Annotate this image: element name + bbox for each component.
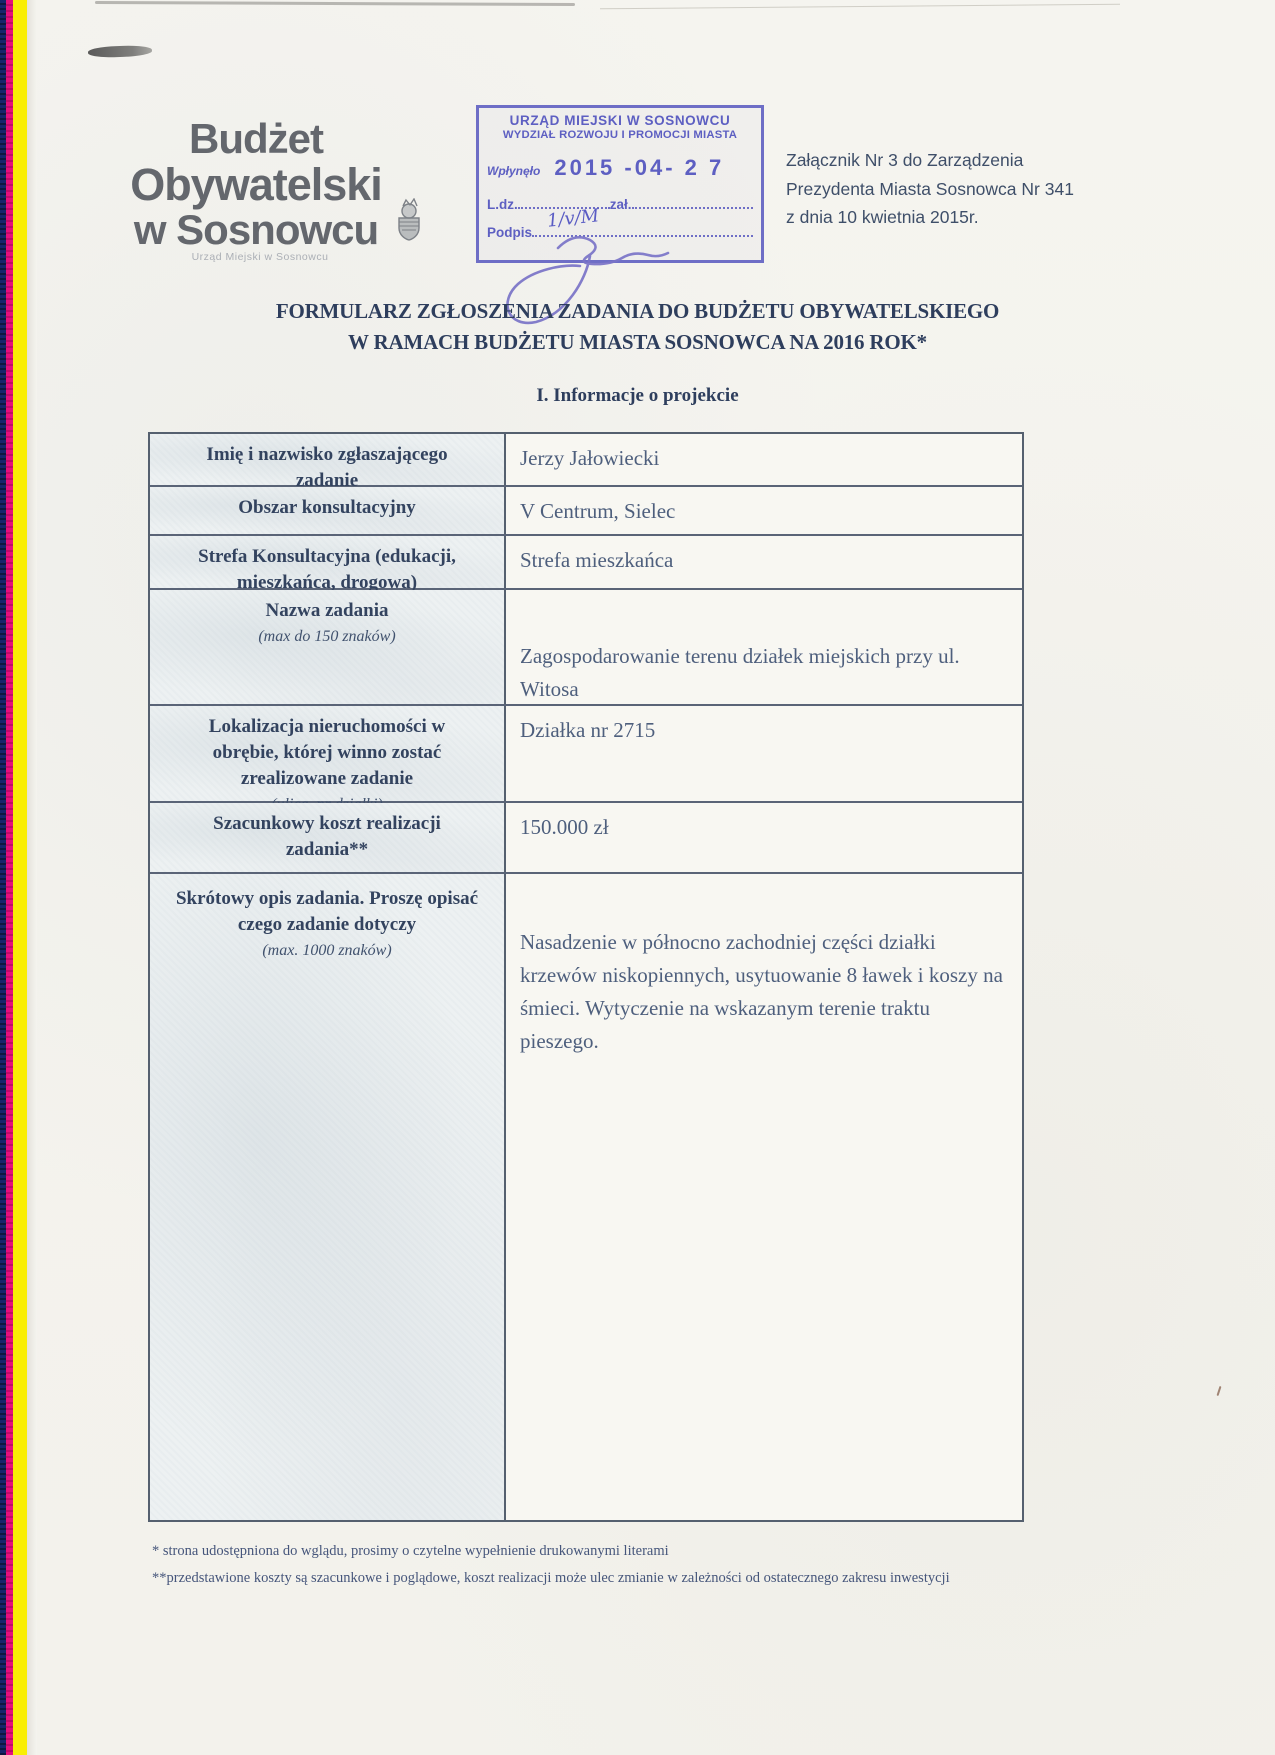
field-value-zone: Strefa mieszkańca bbox=[506, 536, 1022, 588]
field-value-name: Jerzy Jałowiecki bbox=[506, 434, 1022, 485]
scan-fold-line bbox=[600, 4, 1120, 10]
footnote-1: * strona udostępniona do wglądu, prosimy… bbox=[152, 1538, 1068, 1565]
logo-subtext: Urząd Miejski w Sosnowcu bbox=[150, 251, 370, 263]
footnote-2: **przedstawione koszty są szacunkowe i p… bbox=[152, 1565, 1068, 1592]
logo-line-2: Obywatelski bbox=[106, 162, 406, 207]
field-label-name: Imię i nazwisko zgłaszającego zadanie bbox=[150, 434, 506, 485]
form-title-line-2: W RAMACH BUDŻETU MIASTA SOSNOWCA NA 2016… bbox=[0, 327, 1275, 358]
label-text: Nazwa zadania bbox=[266, 600, 389, 621]
table-row: Imię i nazwisko zgłaszającego zadanie Je… bbox=[150, 434, 1022, 487]
logo-line-3: w Sosnowcu bbox=[106, 209, 406, 251]
label-text: Skrótowy opis zadania. Proszę opisać cze… bbox=[176, 888, 478, 935]
table-row: Skrótowy opis zadania. Proszę opisać cze… bbox=[150, 874, 1022, 1520]
table-row: Szacunkowy koszt realizacji zadania** 15… bbox=[150, 803, 1022, 874]
field-value-description: Nasadzenie w północno zachodniej części … bbox=[506, 874, 1022, 1520]
stamp-received-label: Wpłynęło bbox=[487, 164, 540, 178]
field-label-description: Skrótowy opis zadania. Proszę opisać cze… bbox=[150, 874, 506, 1520]
field-value-location: Działka nr 2715 bbox=[506, 706, 1022, 801]
label-text: Lokalizacja nieruchomości w obrębie, któ… bbox=[209, 716, 445, 789]
logo-line-1: Budżet bbox=[106, 118, 406, 160]
scan-stripe-magenta bbox=[6, 0, 13, 1755]
label-text: Imię i nazwisko zgłaszającego zadanie bbox=[206, 444, 447, 491]
scan-edge-line bbox=[95, 1, 575, 6]
field-label-area: Obszar konsultacyjny bbox=[150, 487, 506, 534]
section-heading: I. Informacje o projekcie bbox=[0, 385, 1275, 407]
attachment-reference: Załącznik Nr 3 do Zarządzenia Prezydenta… bbox=[786, 146, 1074, 232]
field-value-task-name: Zagospodarowanie terenu działek miejskic… bbox=[506, 590, 1022, 704]
scanned-form-page: Budżet Obywatelski w Sosnowcu Urząd Miej… bbox=[0, 0, 1275, 1755]
form-title-line-1: FORMULARZ ZGŁOSZENIA ZADANIA DO BUDŻETU … bbox=[0, 296, 1275, 327]
budget-logo: Budżet Obywatelski w Sosnowcu bbox=[106, 118, 406, 251]
table-row: Strefa Konsultacyjna (edukacji, mieszkań… bbox=[150, 536, 1022, 590]
table-row: Obszar konsultacyjny V Centrum, Sielec bbox=[150, 487, 1022, 536]
stamp-dotted-line bbox=[632, 195, 753, 209]
scan-speck bbox=[1217, 1386, 1222, 1396]
stamp-zal-label: zał. bbox=[610, 197, 632, 212]
label-text: Obszar konsultacyjny bbox=[238, 497, 416, 518]
scan-smudge bbox=[88, 45, 152, 58]
form-title: FORMULARZ ZGŁOSZENIA ZADANIA DO BUDŻETU … bbox=[0, 296, 1275, 358]
paper-edge-shadow bbox=[27, 0, 37, 1755]
field-value-cost: 150.000 zł bbox=[506, 803, 1022, 872]
field-label-task-name: Nazwa zadania (max do 150 znaków) bbox=[150, 590, 506, 704]
stamp-department-name: WYDZIAŁ ROZWOJU I PROMOCJI MIASTA bbox=[487, 129, 753, 141]
attachment-line-3: z dnia 10 kwietnia 2015r. bbox=[786, 203, 1074, 232]
label-subtext: (max do 150 znaków) bbox=[174, 624, 480, 650]
table-row: Lokalizacja nieruchomości w obrębie, któ… bbox=[150, 706, 1022, 803]
table-row: Nazwa zadania (max do 150 znaków) Zagosp… bbox=[150, 590, 1022, 706]
project-info-table: Imię i nazwisko zgłaszającego zadanie Je… bbox=[148, 432, 1024, 1522]
stamp-office-name: URZĄD MIEJSKI W SOSNOWCU bbox=[487, 113, 753, 128]
footnotes: * strona udostępniona do wglądu, prosimy… bbox=[152, 1538, 1068, 1592]
stamp-ldz-label: L.dz. bbox=[487, 197, 518, 212]
stamp-signature-label: Podpis bbox=[487, 225, 532, 240]
stamp-received-date: 2015 -04- 2 7 bbox=[554, 155, 724, 181]
label-subtext: (max. 1000 znaków) bbox=[174, 938, 480, 964]
attachment-line-2: Prezydenta Miasta Sosnowca Nr 341 bbox=[786, 175, 1074, 204]
field-label-location: Lokalizacja nieruchomości w obrębie, któ… bbox=[150, 706, 506, 801]
field-label-zone: Strefa Konsultacyjna (edukacji, mieszkań… bbox=[150, 536, 506, 588]
field-label-cost: Szacunkowy koszt realizacji zadania** bbox=[150, 803, 506, 872]
label-text: Szacunkowy koszt realizacji zadania** bbox=[213, 813, 441, 860]
scan-stripe-yellow bbox=[13, 0, 27, 1755]
city-crest-icon bbox=[393, 198, 425, 247]
registry-stamp: URZĄD MIEJSKI W SOSNOWCU WYDZIAŁ ROZWOJU… bbox=[476, 105, 764, 263]
label-text: Strefa Konsultacyjna (edukacji, mieszkań… bbox=[198, 546, 456, 593]
field-value-area: V Centrum, Sielec bbox=[506, 487, 1022, 534]
attachment-line-1: Załącznik Nr 3 do Zarządzenia bbox=[786, 146, 1074, 175]
